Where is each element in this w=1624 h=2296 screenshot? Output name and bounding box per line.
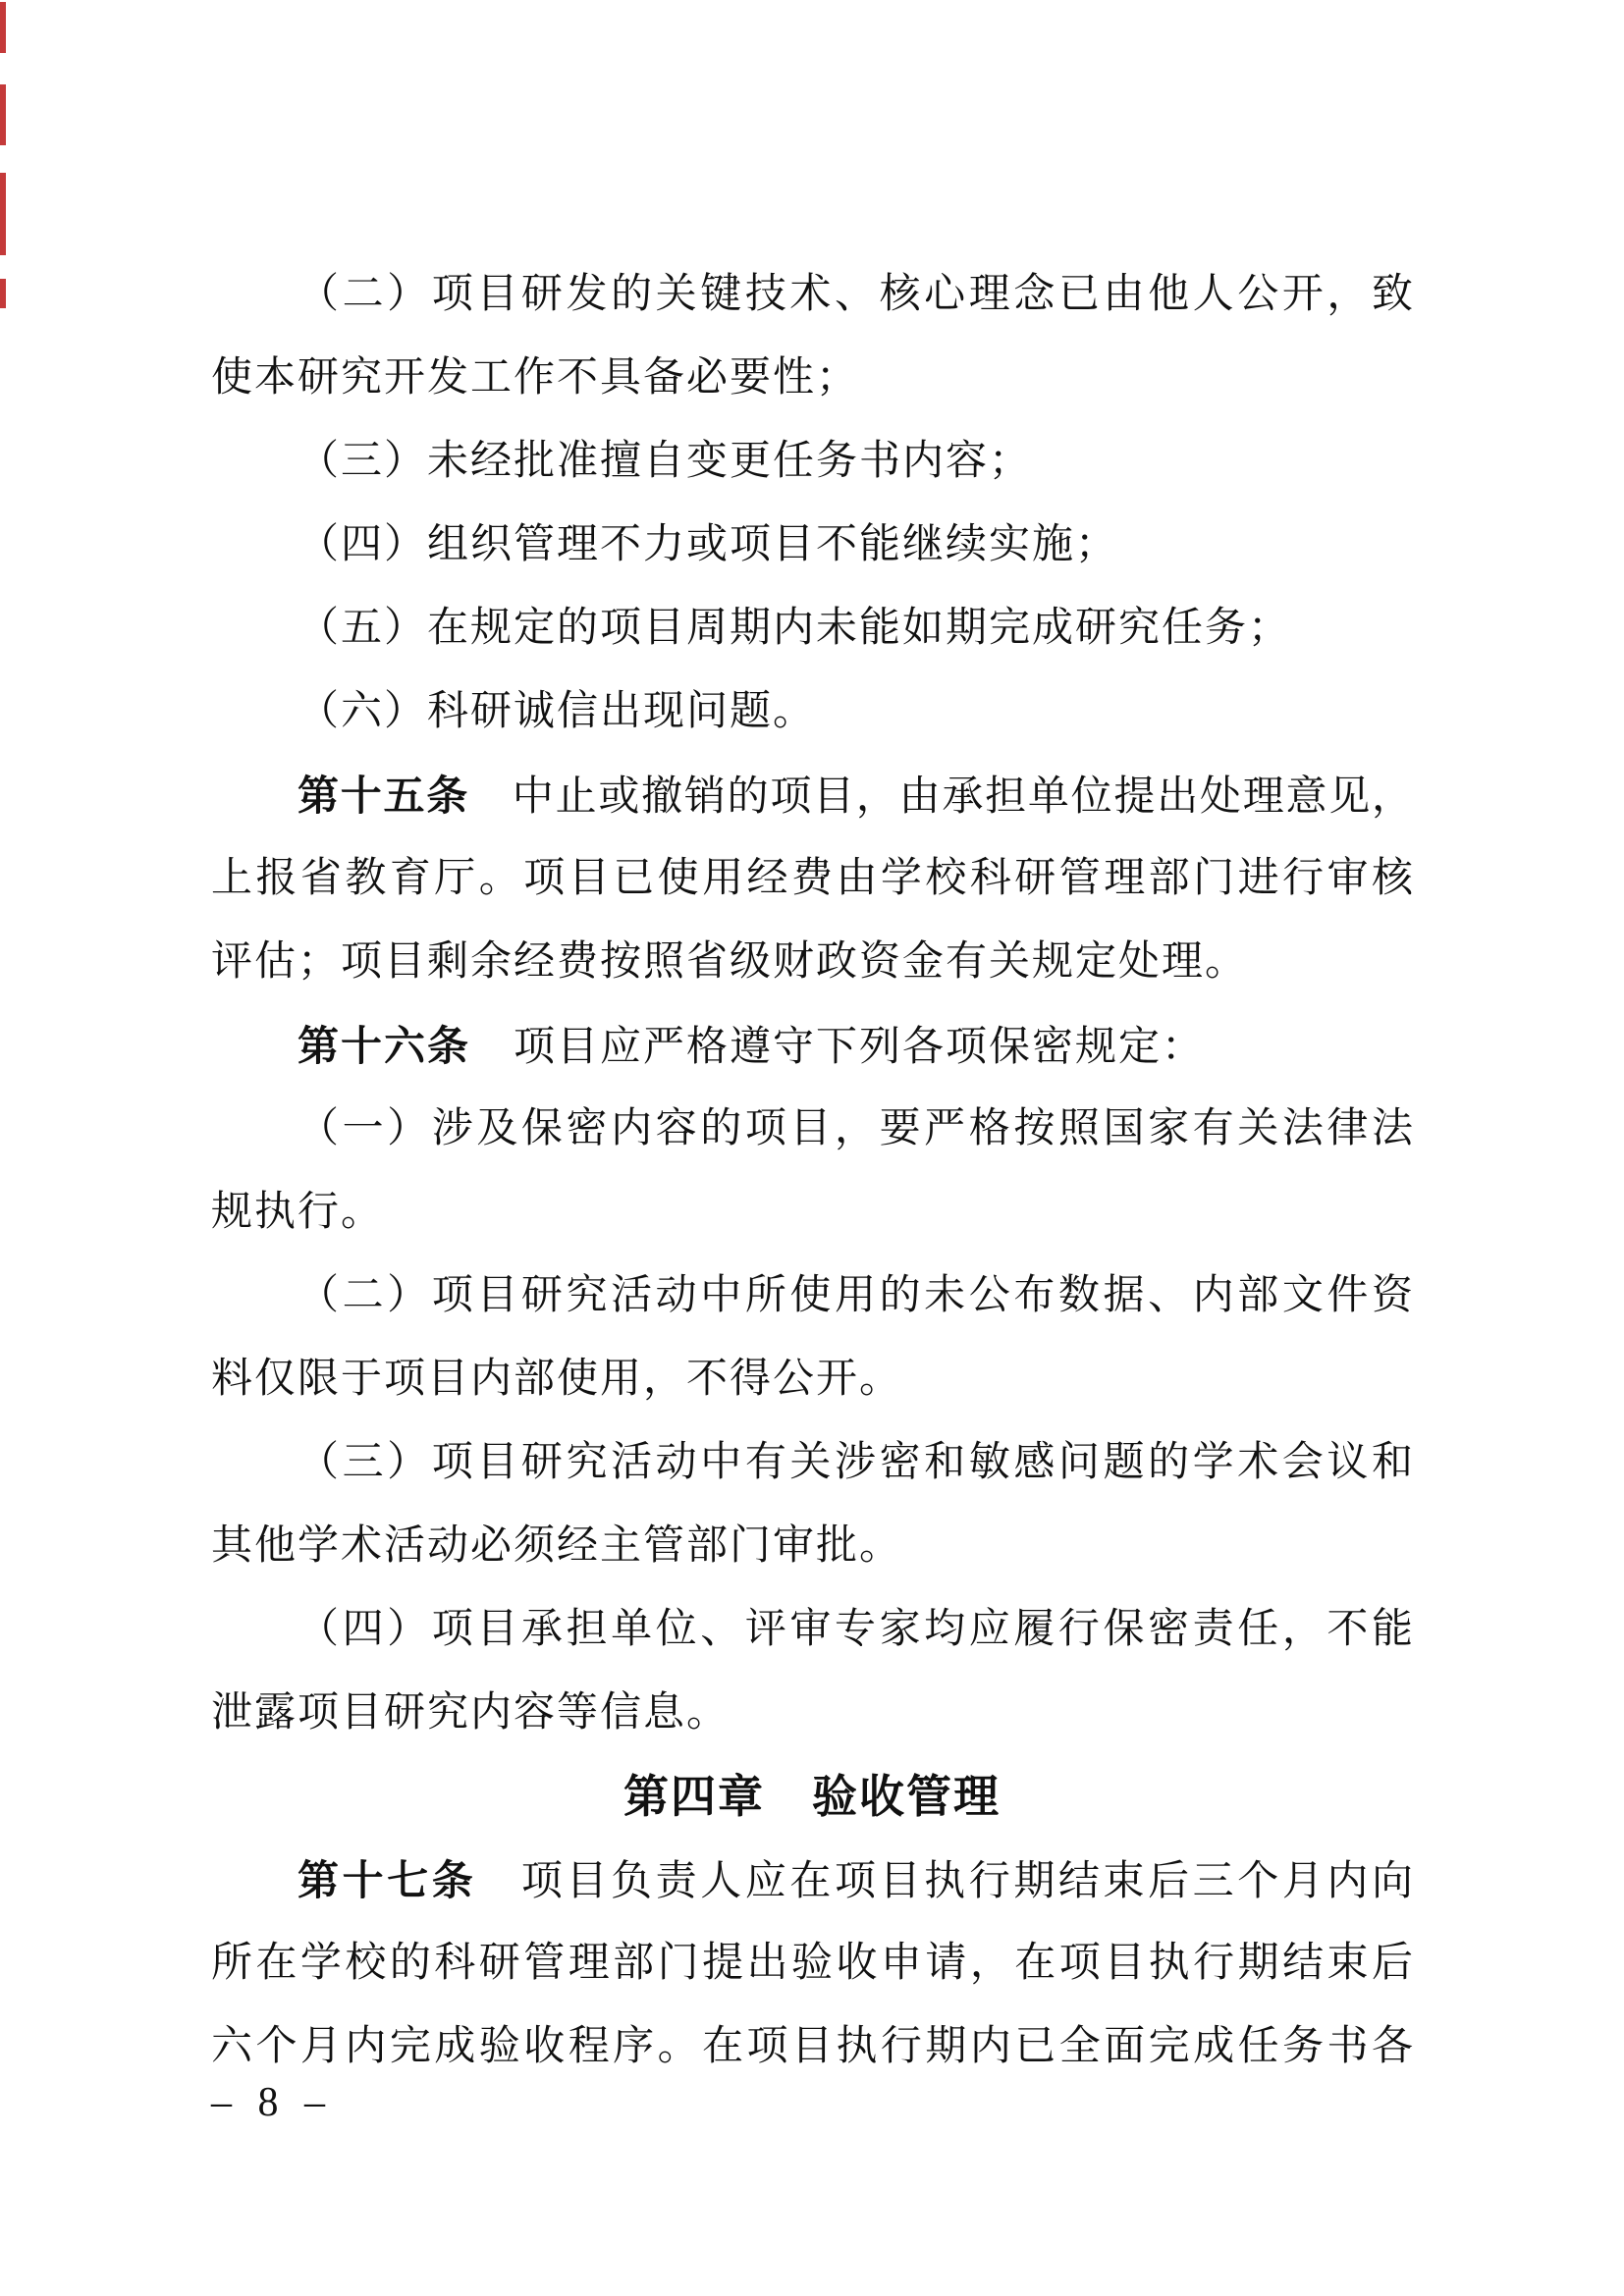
text-line: （四）组织管理不力或项目不能继续实施；	[211, 504, 1413, 587]
text-segment: （一）涉及保密内容的项目，要严格按照国家有关法律法	[298, 1106, 1413, 1151]
document-page: （二）项目研发的关键技术、核心理念已由他人公开，致使本研究开发工作不具备必要性；…	[0, 0, 1624, 2296]
document-body: （二）项目研发的关键技术、核心理念已由他人公开，致使本研究开发工作不具备必要性；…	[211, 253, 1413, 2089]
text-segment: 规执行。	[211, 1190, 384, 1235]
text-line: 评估；项目剩余经费按照省级财政资金有关规定处理。	[211, 921, 1413, 1004]
article-number: 第十七条	[298, 1857, 476, 1903]
text-segment: （四）组织管理不力或项目不能继续实施；	[298, 522, 1118, 567]
text-line: 所在学校的科研管理部门提出验收申请，在项目执行期结束后	[211, 1922, 1413, 2005]
text-line: 规执行。	[211, 1171, 1413, 1255]
text-segment: 泄露项目研究内容等信息。	[211, 1690, 730, 1735]
chapter-heading: 第四章 验收管理	[211, 1755, 1413, 1839]
text-line: 第十五条 中止或撤销的项目，由承担单位提出处理意见，	[211, 754, 1413, 837]
article-number: 第四章 验收管理	[623, 1771, 1001, 1822]
text-line: （一）涉及保密内容的项目，要严格按照国家有关法律法	[211, 1088, 1413, 1171]
text-segment: 所在学校的科研管理部门提出验收申请，在项目执行期结束后	[211, 1941, 1413, 1986]
text-line: （六）科研诚信出现问题。	[211, 670, 1413, 754]
text-segment: 上报省教育厅。项目已使用经费由学校科研管理部门进行审核	[211, 856, 1413, 901]
text-segment: 评估；项目剩余经费按照省级财政资金有关规定处理。	[211, 939, 1248, 985]
text-line: （三）未经批准擅自变更任务书内容；	[211, 420, 1413, 504]
text-line: 其他学术活动必须经主管部门审批。	[211, 1505, 1413, 1588]
text-segment: （二）项目研究活动中所使用的未公布数据、内部文件资	[298, 1273, 1413, 1318]
text-line: 上报省教育厅。项目已使用经费由学校科研管理部门进行审核	[211, 837, 1413, 921]
text-line: （四）项目承担单位、评审专家均应履行保密责任，不能	[211, 1588, 1413, 1672]
text-line: 第十七条 项目负责人应在项目执行期结束后三个月内向	[211, 1839, 1413, 1922]
text-line: （二）项目研发的关键技术、核心理念已由他人公开，致	[211, 253, 1413, 337]
article-number: 第十六条	[298, 1023, 470, 1069]
text-line: 第十六条 项目应严格遵守下列各项保密规定：	[211, 1004, 1413, 1088]
text-segment: 项目负责人应在项目执行期结束后三个月内向	[476, 1859, 1413, 1904]
text-segment: （五）在规定的项目周期内未能如期完成研究任务；	[298, 606, 1291, 651]
text-segment: 其他学术活动必须经主管部门审批。	[211, 1523, 902, 1569]
scan-mark	[0, 2, 6, 53]
scan-mark	[0, 84, 6, 145]
text-line: 六个月内完成验收程序。在项目执行期内已全面完成任务书各	[211, 2005, 1413, 2089]
text-segment: 项目应严格遵守下列各项保密规定：	[470, 1025, 1205, 1070]
scan-mark	[0, 173, 6, 255]
text-segment: 使本研究开发工作不具备必要性；	[211, 355, 859, 400]
text-segment: （四）项目承担单位、评审专家均应履行保密责任，不能	[298, 1607, 1413, 1652]
article-number: 第十五条	[298, 773, 469, 819]
text-segment: 料仅限于项目内部使用，不得公开。	[211, 1357, 902, 1402]
text-line: 料仅限于项目内部使用，不得公开。	[211, 1338, 1413, 1421]
text-segment: （三）项目研究活动中有关涉密和敏感问题的学术会议和	[298, 1440, 1413, 1485]
text-segment: （二）项目研发的关键技术、核心理念已由他人公开，致	[298, 272, 1413, 317]
scan-mark	[0, 279, 6, 308]
text-segment: （三）未经批准擅自变更任务书内容；	[298, 439, 1032, 484]
text-line: （二）项目研究活动中所使用的未公布数据、内部文件资	[211, 1255, 1413, 1338]
text-segment: 中止或撤销的项目，由承担单位提出处理意见，	[469, 774, 1413, 820]
text-line: 泄露项目研究内容等信息。	[211, 1672, 1413, 1755]
text-line: 使本研究开发工作不具备必要性；	[211, 337, 1413, 420]
text-segment: （六）科研诚信出现问题。	[298, 689, 816, 734]
text-line: （五）在规定的项目周期内未能如期完成研究任务；	[211, 587, 1413, 670]
text-line: （三）项目研究活动中有关涉密和敏感问题的学术会议和	[211, 1421, 1413, 1505]
page-number: – 8 –	[211, 2073, 333, 2132]
text-segment: 六个月内完成验收程序。在项目执行期内已全面完成任务书各	[211, 2024, 1413, 2069]
